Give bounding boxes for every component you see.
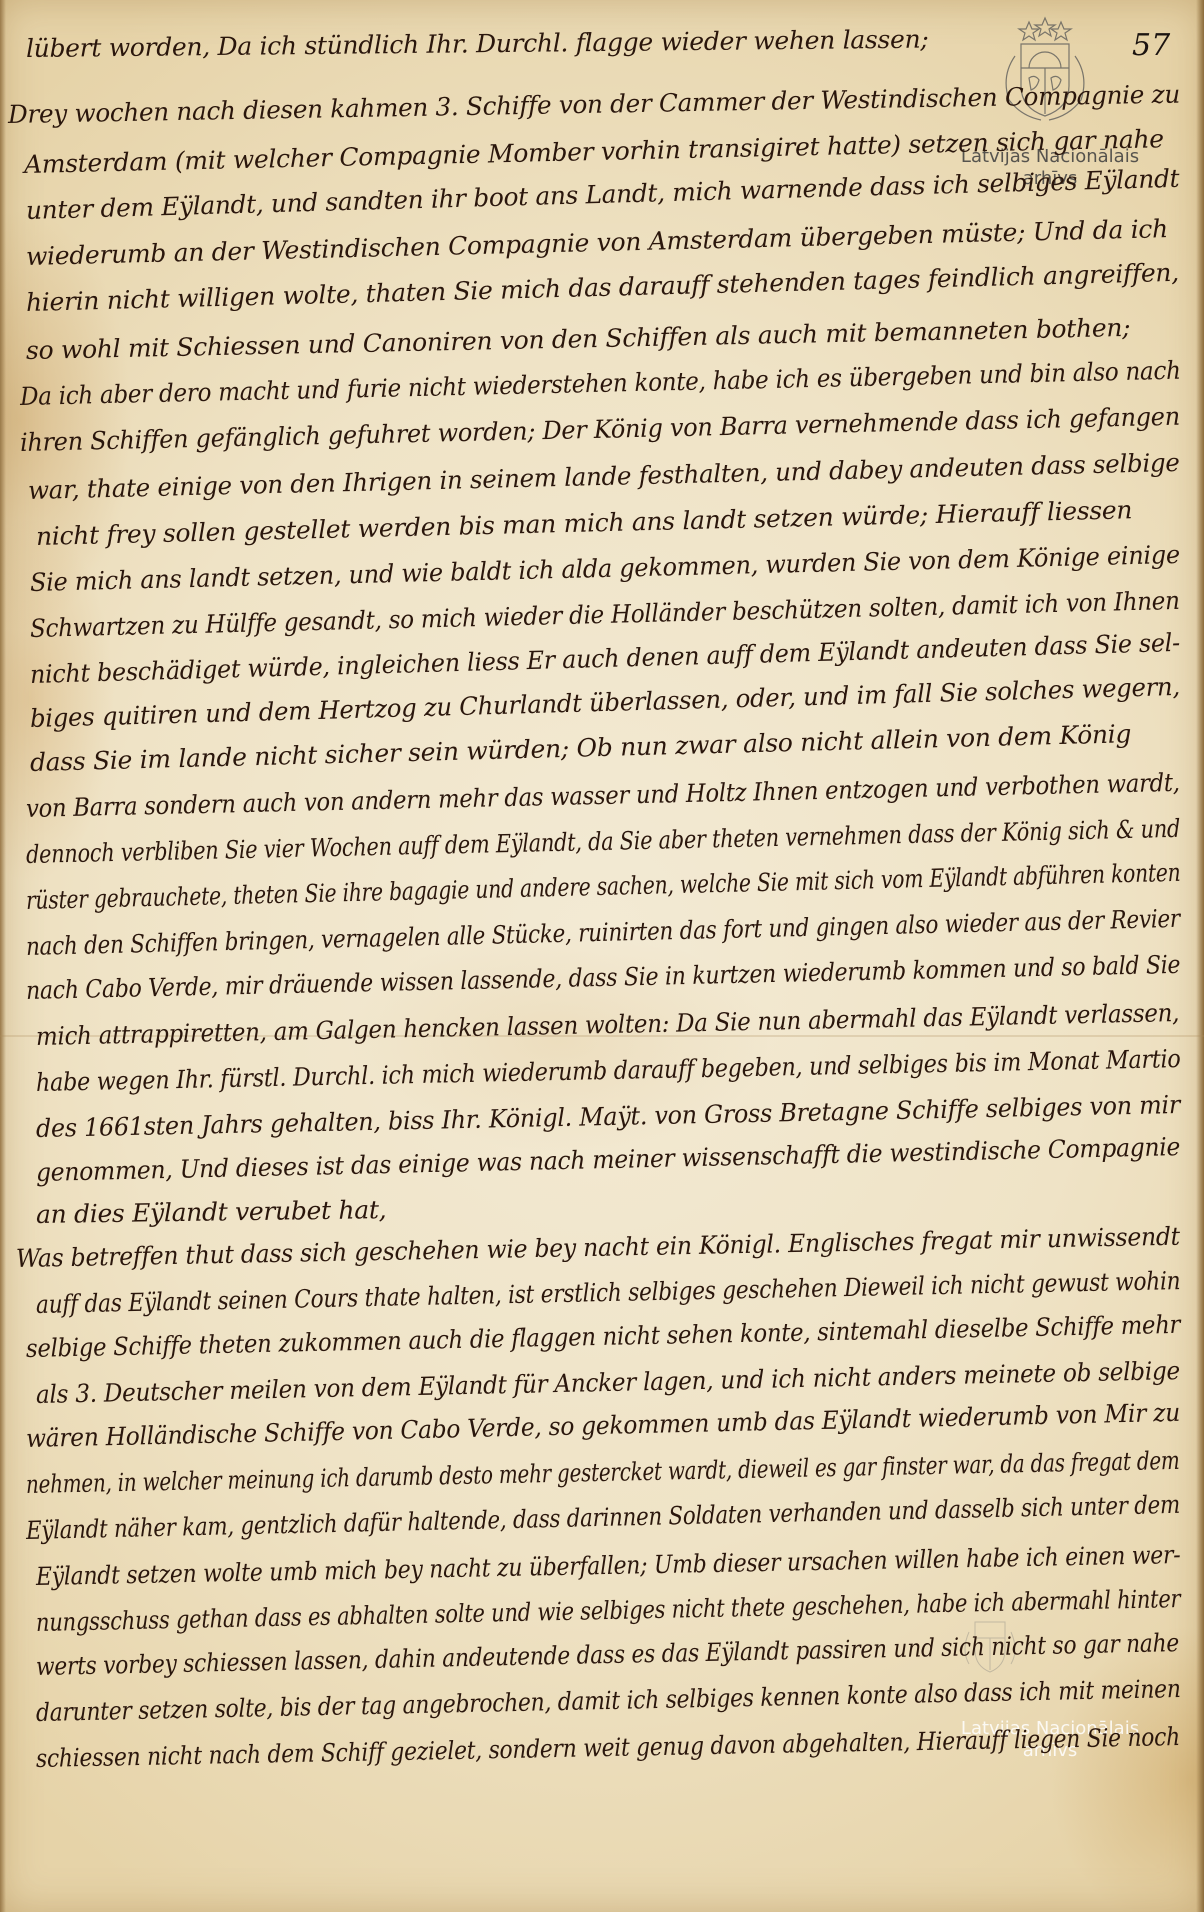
manuscript-line: rüster gebrauchete, theten Sie ihre baga… [26, 858, 1181, 915]
page-edge-right [1196, 0, 1204, 1912]
manuscript-line: schiessen nicht nach dem Schiff gezielet… [36, 1722, 1180, 1773]
manuscript-line: Was betreffen thut dass sich geschehen w… [16, 1222, 1180, 1273]
manuscript-line: lübert worden, Da ich stündlich Ihr. Dur… [26, 25, 929, 63]
manuscript-line: wären Holländische Schiffe von Cabo Verd… [26, 1398, 1181, 1453]
manuscript-line: Sie mich ans landt setzen, und wie baldt… [30, 540, 1180, 597]
manuscript-line: mich attrappiretten, am Galgen hencken l… [36, 998, 1180, 1051]
manuscript-line: auff das Eÿlandt seinen Cours thate halt… [36, 1266, 1181, 1319]
manuscript-page: 57 Latvijas Nacionālais arhīvs La [0, 0, 1204, 1912]
manuscript-line: Eÿlandt setzen wolte umb mich bey nacht … [36, 1540, 1181, 1591]
manuscript-line: von Barra sondern auch von andern mehr d… [26, 768, 1180, 823]
manuscript-line: ihren Schiffen gefänglich gefuhret worde… [20, 402, 1180, 457]
manuscript-line: nach Cabo Verde, mir dräuende wissen las… [26, 950, 1181, 1005]
manuscript-line: nehmen, in welcher meinung ich darumb de… [26, 1446, 1180, 1499]
manuscript-line: dennoch verbliben Sie vier Wochen auff d… [26, 814, 1181, 869]
page-number: 57 [1132, 28, 1170, 63]
manuscript-line: Eÿlandt näher kam, gentzlich dafür halte… [26, 1490, 1181, 1545]
manuscript-line: nicht frey sollen gestellet werden bis m… [36, 495, 1133, 551]
manuscript-line: nach den Schiffen bringen, vernagelen al… [26, 904, 1181, 961]
manuscript-line: war, thate einige von den Ihrigen in sei… [28, 448, 1180, 505]
manuscript-line: habe wegen Ihr. fürstl. Durchl. ich mich… [36, 1044, 1181, 1097]
manuscript-line: Da ich aber dero macht und furie nicht w… [20, 356, 1181, 411]
manuscript-line: selbige Schiffe theten zukommen auch die… [26, 1310, 1181, 1363]
page-edge-left [0, 0, 6, 1912]
manuscript-line: so wohl mit Schiessen und Canoniren von … [26, 313, 1131, 365]
manuscript-line: genommen, Und dieses ist das einige was … [36, 1132, 1181, 1187]
manuscript-line: an dies Eÿlandt verubet hat, [36, 1195, 387, 1229]
